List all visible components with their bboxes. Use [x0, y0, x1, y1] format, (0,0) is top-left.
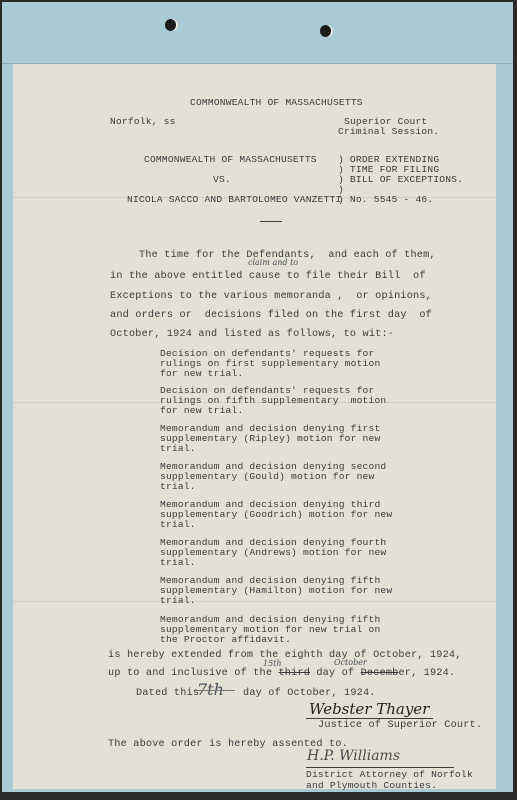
date-blank-rule — [195, 690, 235, 691]
list-item-line: trial. — [160, 557, 196, 568]
signature-line — [306, 718, 433, 719]
caption-bracket-line: ) BILL OF EXCEPTIONS. — [338, 174, 463, 185]
body-line: in the above entitled cause to file thei… — [110, 271, 426, 282]
case-number: ) No. 5545 - 46. — [338, 194, 433, 205]
punch-hole-right — [320, 25, 331, 37]
separator-rule — [260, 221, 282, 222]
list-item-line: trial. — [160, 443, 196, 454]
caption-versus: VS. — [213, 174, 231, 185]
da-title-line: and Plymouth Counties. — [306, 780, 437, 791]
judge-title: Justice of Superior Court. — [318, 720, 482, 731]
struck-day: third — [278, 668, 310, 679]
court-session: Criminal Session. — [338, 126, 439, 137]
caption-defendants: NICOLA SACCO AND BARTOLOMEO VANZETTI — [127, 194, 341, 205]
district-attorney-signature: H.P. Williams — [307, 748, 400, 764]
dated-suffix: day of October, 1924. — [243, 688, 376, 699]
county-label: Norfolk, ss — [110, 116, 176, 127]
handwritten-month: October — [334, 658, 367, 667]
inclusive-suffix: er, 1924. — [398, 668, 455, 679]
handwritten-day: 15th — [263, 659, 282, 668]
document-heading: COMMONWEALTH OF MASSACHUSETTS — [190, 97, 363, 108]
list-item-line: the Proctor affidavit. — [160, 634, 291, 645]
inclusive-mid: day of — [310, 668, 361, 679]
handwritten-insertion: claim and to — [248, 258, 298, 267]
inclusive-prefix: up to and inclusive of the — [108, 668, 278, 679]
punch-hole-left — [165, 19, 176, 31]
list-item-line: trial. — [160, 481, 196, 492]
inclusive-line: up to and inclusive of the third day of … — [108, 668, 455, 679]
caption-plaintiff: COMMONWEALTH OF MASSACHUSETTS — [144, 154, 317, 165]
body-line: Exceptions to the various memoranda , or… — [110, 291, 432, 302]
paper-fold-crease — [13, 601, 496, 602]
struck-month: Decemb — [361, 668, 399, 679]
extension-line: is hereby extended from the eighth day o… — [108, 650, 462, 661]
list-item-line: trial. — [160, 519, 196, 530]
judge-signature: Webster Thayer — [309, 700, 429, 718]
list-item-line: for new trial. — [160, 368, 243, 379]
list-item-line: for new trial. — [160, 405, 243, 416]
list-item-line: trial. — [160, 595, 196, 606]
body-line: and orders or decisions filed on the fir… — [110, 310, 432, 321]
signature-line — [306, 767, 454, 768]
da-title-line: District Attorney of Norfolk — [306, 769, 473, 780]
body-line: October, 1924 and listed as follows, to … — [110, 329, 394, 340]
